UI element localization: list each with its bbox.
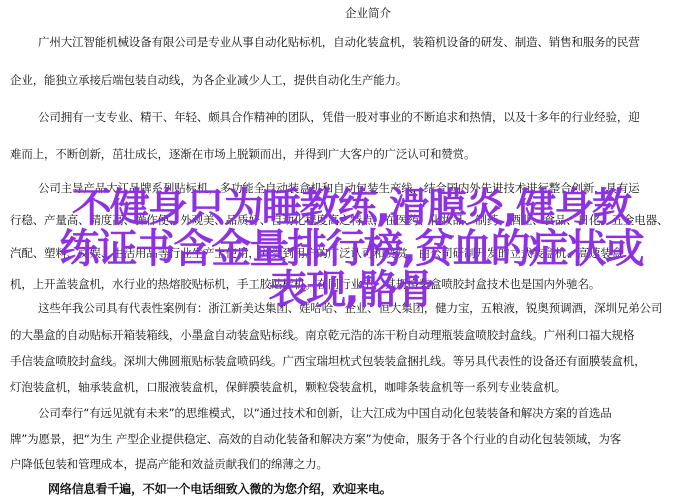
paragraph-line: 手信装盒喷胶封盒线。深圳大佛圆瓶贴标装盒喷码线。广西宝瑞坦枕式包装装盒捆扎线。等… [10, 353, 646, 369]
paragraph-line: 难而上，不断创新，茁壮成长，逐渐在市场上脱颖而出，并得到广大客户的广泛认可和赞赏… [10, 146, 475, 162]
overlay-line-3: 表现,骼骨 [4, 270, 698, 311]
paragraph-line: 的大墨盒的自动贴标开箱装箱线，小墨盒自动装盒贴标线。南京乾元浩的冻干粉自动理瓶装… [10, 327, 634, 343]
overlay-line-1: 不健身只为睡教练,滑膜炎,健身教 [4, 188, 698, 229]
paragraph-line: 广州大江智能机械设备有限公司是专业从事自动化贴标机，自动化装盒机，装箱机设备的研… [38, 34, 640, 50]
paragraph-line: 户降低包装和管理成本，提高产能和效益贡献我们的绵薄之力。 [10, 456, 328, 472]
paragraph-line: 公司奉行“有远见就有未来”的思维模式，以“通过技术和创新，让大江成为中国自动化包… [38, 405, 612, 421]
page-title: 企业简介 [0, 5, 698, 21]
paragraph-line: 公司拥有一支专业、精干、年轻、颇具合作精神的团队，凭借一股对事业的不断追求和热情… [38, 109, 640, 125]
overlay-line-2: 练证书含金量排行榜,贫血的症状或 [4, 229, 698, 270]
paragraph-line: 企业，能独立承接后端包装自动线，为各企业减少人工，提供自动化生产能力。 [10, 72, 407, 88]
paragraph-line: 牌”为愿景，把“为生 产型企业提供稳定、高效的自动化装备和解决方案”为使命，服务… [10, 431, 621, 447]
watermark-overlay-text: 不健身只为睡教练,滑膜炎,健身教 练证书含金量排行榜,贫血的症状或 表现,骼骨 [4, 188, 698, 311]
closing-line: 网络信息看千遍，不如一个电话细致入微的为您介绍，欢迎来电。 [48, 481, 392, 497]
paragraph-line: 灯泡装盒机，轴承装盒机，口服液装盒机，保鲜膜装盒机，颗粒袋装盒机，咖啡条装盒机等… [10, 379, 566, 395]
